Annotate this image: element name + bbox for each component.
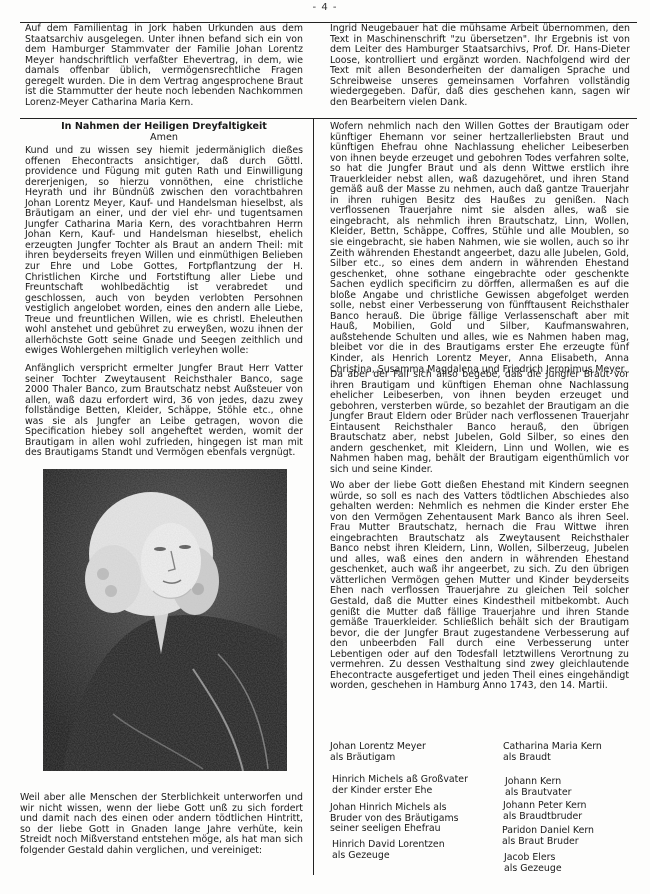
contract-paragraph: Wo aber der liebe Gott dießen Ehestand m… — [330, 481, 629, 692]
signature-block: Hinrich Michels aß Großvater der Kinder … — [332, 775, 468, 796]
signatory-name: Paridon Daniel Kern — [502, 826, 594, 837]
contract-title: In Nahmen der Heiligen Dreyfaltigkeit — [25, 121, 303, 132]
signatory-role: als Brautvater — [505, 788, 571, 799]
intro-paragraph-left: Auf dem Familientag in Jork haben Urkund… — [25, 24, 303, 108]
signatory-role: als Braut Bruder — [502, 837, 594, 848]
signature-block: Hinrich David Lorentzen als Gezeuge — [332, 840, 445, 861]
contract-paragraph: Da aber der Fall sich allso begebe, daß … — [330, 370, 629, 475]
signatory-name: Johann Kern — [505, 777, 571, 788]
signature-block: Johann Peter Kern als Braudtbruder — [503, 801, 587, 822]
signature-block: Catharina Maria Kern als Braudt — [503, 742, 602, 763]
contract-paragraph: Weil aber alle Menschen der Sterblichkei… — [20, 793, 303, 856]
signature-block: Johann Kern als Brautvater — [505, 777, 571, 798]
signatory-role-cont: seiner seeligen Ehefrau — [330, 824, 459, 835]
signature-block: Jacob Elers als Gezeuge — [504, 853, 562, 874]
contract-paragraph: Anfänglich verspricht ermelter Jungfer B… — [25, 364, 303, 459]
contract-paragraph: Wofern nehmlich nach den Willen Gottes d… — [330, 122, 629, 375]
page-number: - 4 - — [0, 2, 650, 13]
signatory-name: Jacob Elers — [504, 853, 562, 864]
signatory-role: als Bräutigam — [330, 753, 426, 764]
signatory-name: Catharina Maria Kern — [503, 742, 602, 753]
signature-block: Paridon Daniel Kern als Braut Bruder — [502, 826, 594, 847]
signatory-name: Johan Lorentz Meyer — [330, 742, 426, 753]
signature-block: Johan Hinrich Michels als Bruder von des… — [330, 803, 459, 835]
signatory-name: Hinrich Michels aß Großvater — [332, 775, 468, 786]
portrait-engraving-icon — [43, 469, 287, 771]
signatory-name: Hinrich David Lorentzen — [332, 840, 445, 851]
portrait-image — [43, 469, 287, 771]
section-rule — [20, 118, 637, 119]
signatory-role: als Braudtbruder — [503, 812, 587, 823]
signature-block: Johan Lorentz Meyer als Bräutigam — [330, 742, 426, 763]
signatory-role: der Kinder erster Ehe — [332, 786, 468, 797]
contract-amen: Amen — [25, 132, 303, 143]
signatory-name: Johann Peter Kern — [503, 801, 587, 812]
intro-paragraph-right: Ingrid Neugebauer hat die mühsame Arbeit… — [330, 24, 630, 108]
contract-paragraph: Kund und zu wissen sey hiemit jedermänig… — [25, 146, 303, 357]
column-divider — [313, 118, 314, 875]
signatory-name: Johan Hinrich Michels als — [330, 803, 459, 814]
signatory-role: als Braudt — [503, 753, 602, 764]
signatory-role: als Gezeuge — [504, 864, 562, 875]
signatory-role: als Gezeuge — [332, 851, 445, 862]
contract-heading: In Nahmen der Heiligen Dreyfaltigkeit Am… — [25, 121, 303, 143]
